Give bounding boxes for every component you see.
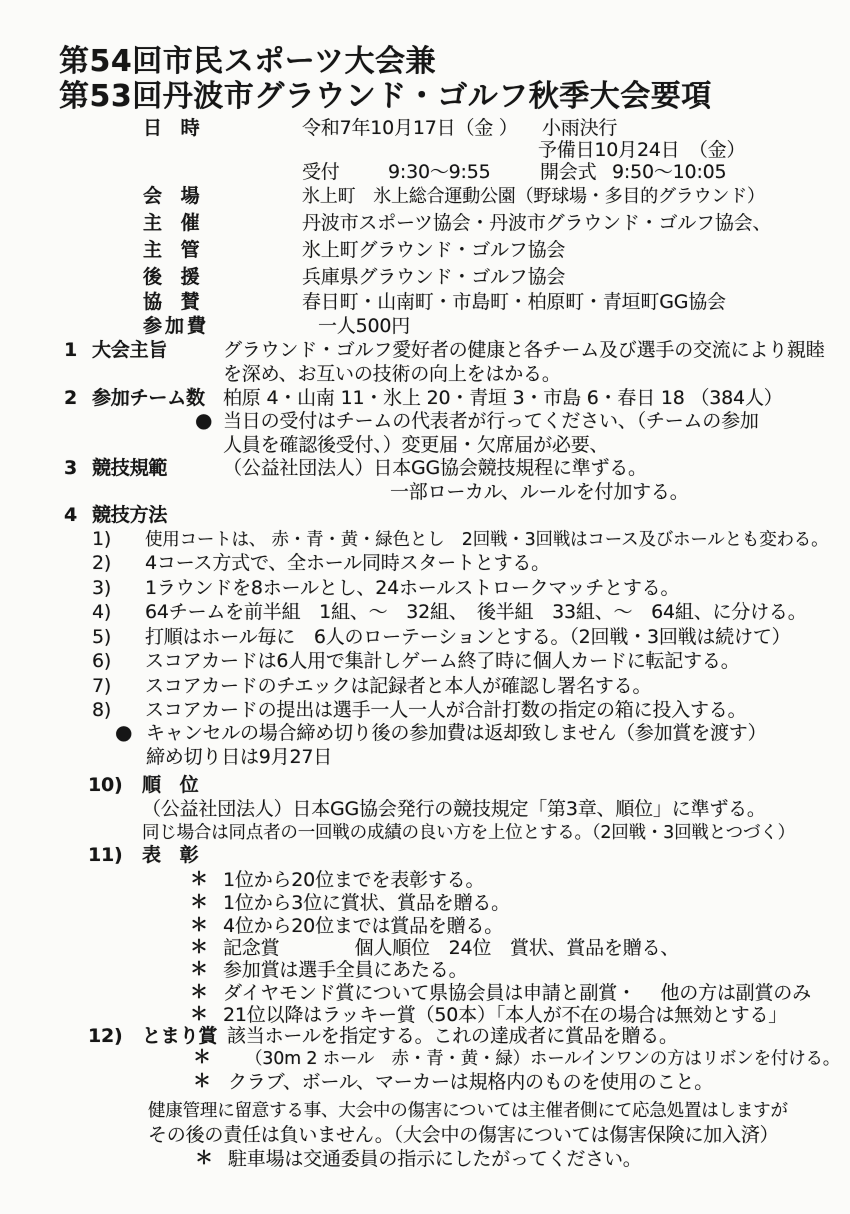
award-item: 参加賞は選手全員にあたる。: [223, 960, 467, 982]
date-label: 日 時: [143, 118, 199, 140]
section10-number: 10): [88, 775, 123, 797]
method-item-text: 4コース方式で、全ホール同時スタートとする。: [145, 553, 550, 575]
sponsor-value: 春日町・山南町・市島町・柏原町・青垣町GG協会: [302, 292, 726, 314]
star-icon: ＊: [193, 1048, 211, 1069]
star-icon: ＊: [190, 870, 208, 891]
reserve-date: 予備日10月24日 （金）: [538, 140, 745, 162]
section10-title: 順 位: [142, 775, 198, 797]
host-value: 丹波市スポーツ協会・丹波市グラウンド・ゴルフ協会、: [302, 213, 771, 235]
section12-item: （30m 2 ホール 赤・青・黄・緑）ホールインワンの方はリボンを付ける。: [245, 1049, 840, 1069]
fee-label: 参加費: [143, 316, 209, 338]
star-icon: ＊: [190, 893, 208, 914]
section1-title: 大会主旨: [92, 340, 167, 362]
fee-value: 一人500円: [318, 316, 410, 338]
reception-time: 9:30～9:55: [388, 162, 491, 184]
reception-label: 受付: [302, 162, 340, 184]
opening-time: 9:50～10:05: [612, 162, 726, 184]
bullet-icon: ●: [195, 410, 212, 430]
award-item: 1位から3位に賞状、賞品を贈る。: [223, 893, 510, 915]
cancel-note-line2: 締め切り日は9月27日: [146, 747, 332, 769]
section10-line1: （公益社団法人）日本GG協会発行の競技規定「第3章、順位」に準ずる。: [142, 799, 766, 821]
section11-title: 表 彰: [142, 845, 198, 867]
sponsor-label: 協 賛: [143, 292, 199, 314]
star-icon: ＊: [195, 1149, 213, 1170]
method-item-number: 5): [92, 627, 111, 649]
section11-number: 11): [88, 845, 123, 867]
section1-line1: グラウンド・ゴルフ愛好者の健康と各チーム及び選手の交流により親睦: [223, 340, 825, 362]
venue-label: 会 場: [143, 186, 199, 208]
section1-number: 1: [64, 340, 77, 362]
section12-title: とまり賞: [142, 1026, 217, 1048]
section2-note1: 当日の受付はチームの代表者が行ってください、（チームの参加: [223, 411, 759, 433]
date-value: 令和7年10月17日（金 ）: [302, 118, 518, 140]
opening-label: 開会式: [540, 162, 596, 184]
venue-value: 氷上町 氷上総合運動公園（野球場・多目的グラウンド）: [302, 187, 765, 208]
method-item-text: 使用コートは、 赤・青・黄・緑色とし 2回戦・3回戦はコース及びホールとも変わる…: [145, 530, 828, 550]
star-icon: ＊: [190, 983, 208, 1004]
method-item-number: 2): [92, 553, 111, 575]
section2-title: 参加チーム数: [92, 388, 205, 410]
star-icon: ＊: [190, 916, 208, 937]
award-item: ダイヤモンド賞について県協会員は申請と副賞・ 他の方は副賞のみ: [223, 983, 811, 1005]
star-icon: ＊: [190, 960, 208, 981]
section3-line1: （公益社団法人）日本GG協会競技規程に準ずる。: [223, 458, 647, 480]
method-item-number: 1): [92, 529, 111, 551]
section2-number: 2: [64, 388, 77, 410]
manage-label: 主 管: [143, 240, 199, 262]
method-item-number: 3): [92, 578, 111, 600]
section3-title: 競技規範: [92, 458, 167, 480]
award-item: 4位から20位までは賞品を贈る。: [223, 916, 503, 938]
method-item-text: 打順はホール毎に 6人のローテーションとする。（2回戦・3回戦は続けて）: [145, 627, 790, 649]
manage-value: 氷上町グラウンド・ゴルフ協会: [302, 240, 565, 262]
star-icon: ＊: [190, 1005, 208, 1026]
section3-number: 3: [64, 458, 77, 480]
section12-item: クラブ、ボール、マーカーは規格内のものを使用のこと。: [228, 1072, 713, 1094]
method-item-text: スコアカードは6人用で集計しゲーム終了時に個人カードに転記する。: [145, 651, 740, 673]
award-item: 1位から20位までを表彰する。: [223, 870, 484, 892]
doc-title-line1: 第54回市民スポーツ大会兼: [59, 45, 436, 80]
method-item-text: 1ラウンドを8ホールとし、24ホールストロークマッチとする。: [145, 578, 679, 600]
method-item-text: 64チームを前半組 1組、～ 32組、 後半組 33組、～ 64組、に分ける。: [145, 602, 807, 624]
method-item-number: 8): [92, 700, 111, 722]
section12-lead: 該当ホールを指定する。これの達成者に賞品を贈る。: [227, 1026, 678, 1048]
star-icon: ＊: [193, 1072, 211, 1093]
section2-teams: 柏原 4・山南 11・氷上 20・青垣 3・市島 6・春日 18 （384人）: [223, 388, 783, 410]
health-note-line1: 健康管理に留意する事、大会中の傷害については主催者側にて応急処置はしますが: [148, 1101, 788, 1121]
doc-title-line2: 第53回丹波市グラウンド・ゴルフ秋季大会要項: [59, 80, 712, 115]
health-note-line2: その後の責任は負いません。（大会中の傷害については傷害保険に加入済）: [148, 1125, 778, 1147]
support-label: 後 援: [143, 267, 199, 289]
section4-number: 4: [64, 505, 77, 527]
method-item-text: スコアカードのチエックは記録者と本人が確認し署名する。: [145, 676, 651, 698]
rain-note: 小雨決行: [542, 118, 617, 140]
parking-note: 駐車場は交通委員の指示にしたがってください。: [228, 1149, 642, 1171]
section2-note2: 人員を確認後受付、）変更届・欠席届が必要、: [223, 435, 608, 457]
cancel-note-line1: キャンセルの場合締め切り後の参加費は返却致しません（参加賞を渡す）: [146, 723, 766, 745]
award-item: 21位以降はラッキー賞（50本）「本人が不在の場合は無効とする」: [223, 1005, 787, 1027]
star-icon: ＊: [190, 938, 208, 959]
scanned-document-page: 第54回市民スポーツ大会兼 第53回丹波市グラウンド・ゴルフ秋季大会要項 日 時…: [0, 0, 850, 1214]
section3-line2: 一部ローカル、ルールを付加する。: [390, 482, 689, 504]
method-item-text: スコアカードの提出は選手一人一人が合計打数の指定の箱に投入する。: [145, 700, 746, 722]
award-item: 記念賞 個人順位 24位 賞状、賞品を贈る、: [223, 938, 679, 960]
section1-line2: を深め、お互いの技術の向上をはかる。: [223, 364, 561, 386]
support-value: 兵庫県グラウンド・ゴルフ協会: [302, 267, 565, 289]
section4-title: 競技方法: [92, 505, 167, 527]
method-item-number: 7): [92, 676, 111, 698]
section12-number: 12): [88, 1026, 123, 1048]
section10-line2: 同じ場合は同点者の一回戦の成績の良い方を上位とする。（2回戦・3回戦とつづく）: [142, 823, 795, 843]
method-item-number: 6): [92, 651, 111, 673]
bullet-icon: ●: [115, 722, 132, 742]
host-label: 主 催: [143, 213, 199, 235]
method-item-number: 4): [92, 602, 111, 624]
